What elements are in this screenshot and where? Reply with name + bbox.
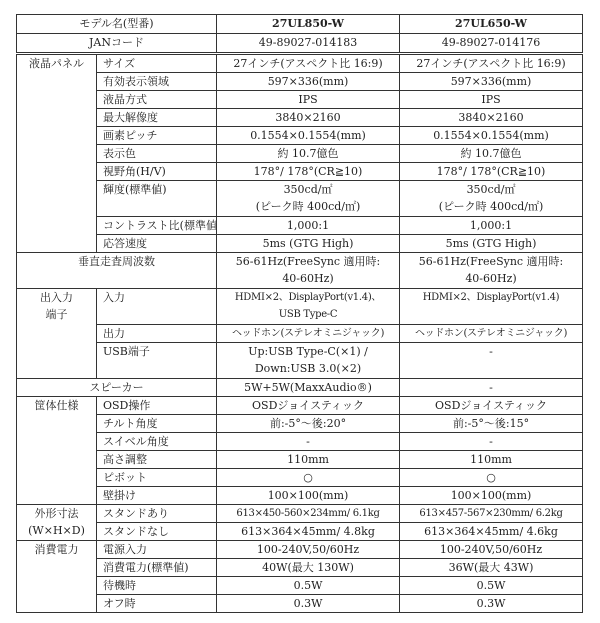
value-line: Up:USB Type-C(×1) / [223, 343, 393, 360]
row-value-2: 約 10.7億色 [400, 145, 583, 163]
value-line: 40-60Hz) [223, 270, 393, 287]
row-value-1: 40W(最大 130W) [217, 559, 400, 577]
row-value-2: HDMI×2、DisplayPort(v1.4) [400, 289, 583, 325]
header-row: モデル名(型番) 27UL850-W 27UL650-W [17, 15, 583, 34]
row-value-1: 0.1554×0.1554(mm) [217, 127, 400, 145]
row-label: 高さ調整 [97, 451, 217, 469]
refresh-label: 垂直走査周波数 [17, 253, 217, 289]
row-value-2: 613×364×45mm/ 4.6kg [400, 523, 583, 541]
row-value-1: 5W+5W(MaxxAudio®) [217, 379, 400, 397]
row-label: OSD操作 [97, 397, 217, 415]
row-value-1: 1,000:1 [217, 217, 400, 235]
table-row: 待機時 0.5W 0.5W [17, 577, 583, 595]
table-row: 壁掛け 100×100(mm) 100×100(mm) [17, 487, 583, 505]
row-value-1: 110mm [217, 451, 400, 469]
row-value-1: ○ [217, 469, 400, 487]
model-1: 27UL850-W [217, 15, 400, 34]
table-row: スイベル角度 - - [17, 433, 583, 451]
row-value-2: 3840×2160 [400, 109, 583, 127]
row-label: スタンドあり [97, 505, 217, 523]
value-line: 56-61Hz(FreeSync 適用時: [406, 253, 576, 270]
row-value-1: 613×364×45mm/ 4.8kg [217, 523, 400, 541]
table-row: 筐体仕様 OSD操作 OSDジョイスティック OSDジョイスティック [17, 397, 583, 415]
model-2: 27UL650-W [400, 15, 583, 34]
row-value-2: IPS [400, 91, 583, 109]
row-label: コントラスト比(標準値) [97, 217, 217, 235]
row-value-2: 5ms (GTG High) [400, 235, 583, 253]
row-label: 輝度(標準値) [97, 181, 217, 217]
table-row: スピーカー 5W+5W(MaxxAudio®) - [17, 379, 583, 397]
row-value-2: 350cd/㎡ (ピーク時 400cd/㎡) [400, 181, 583, 217]
value-line: USB Type-C [223, 306, 393, 323]
row-label: 視野角(H/V) [97, 163, 217, 181]
row-value-2: 0.5W [400, 577, 583, 595]
row-label: 壁掛け [97, 487, 217, 505]
table-row: 輝度(標準値) 350cd/㎡ (ピーク時 400cd/㎡) 350cd/㎡ (… [17, 181, 583, 217]
value-line: 350cd/㎡ [406, 181, 576, 198]
row-label: 液晶方式 [97, 91, 217, 109]
row-value-2: 0.3W [400, 595, 583, 613]
row-label: USB端子 [97, 343, 217, 379]
table-row: 応答速度 5ms (GTG High) 5ms (GTG High) [17, 235, 583, 253]
group-label-line: 外形寸法 [23, 505, 90, 522]
row-label: スタンドなし [97, 523, 217, 541]
value-line: Down:USB 3.0(×2) [223, 360, 393, 377]
row-value-1: 56-61Hz(FreeSync 適用時: 40-60Hz) [217, 253, 400, 289]
row-label: オフ時 [97, 595, 217, 613]
jan-value-1: 49-89027-014183 [217, 34, 400, 54]
table-row: 表示色 約 10.7億色 約 10.7億色 [17, 145, 583, 163]
row-value-2: 27インチ(アスペクト比 16:9) [400, 54, 583, 73]
row-value-2: 前:-5°～後:15° [400, 415, 583, 433]
row-value-2: ○ [400, 469, 583, 487]
table-row: 高さ調整 110mm 110mm [17, 451, 583, 469]
table-row: 画素ピッチ 0.1554×0.1554(mm) 0.1554×0.1554(mm… [17, 127, 583, 145]
spec-comparison-table: モデル名(型番) 27UL850-W 27UL650-W JANコード 49-8… [16, 14, 583, 613]
row-value-2: 100×100(mm) [400, 487, 583, 505]
row-value-1: 3840×2160 [217, 109, 400, 127]
row-value-1: ヘッドホン(ステレオミニジャック) [217, 325, 400, 343]
group-dimensions-label: 外形寸法 (W×H×D) [17, 505, 97, 541]
table-row: 出入力 端子 入力 HDMI×2、DisplayPort(v1.4)、 USB … [17, 289, 583, 325]
row-value-1: IPS [217, 91, 400, 109]
row-value-2: 597×336(mm) [400, 73, 583, 91]
row-label: 出力 [97, 325, 217, 343]
row-value-2: 56-61Hz(FreeSync 適用時: 40-60Hz) [400, 253, 583, 289]
value-line: 56-61Hz(FreeSync 適用時: [223, 253, 393, 270]
group-power-label: 消費電力 [17, 541, 97, 613]
table-row: 視野角(H/V) 178°/ 178°(CR≧10) 178°/ 178°(CR… [17, 163, 583, 181]
row-label: 表示色 [97, 145, 217, 163]
row-value-1: 前:-5°～後:20° [217, 415, 400, 433]
group-label-line: 出入力 [23, 289, 90, 306]
jan-label: JANコード [17, 34, 217, 54]
row-value-1: HDMI×2、DisplayPort(v1.4)、 USB Type-C [217, 289, 400, 325]
table-row: 消費電力 電源入力 100-240V,50/60Hz 100-240V,50/6… [17, 541, 583, 559]
value-line: (ピーク時 400cd/㎡) [406, 198, 576, 215]
row-label: 画素ピッチ [97, 127, 217, 145]
row-label: 応答速度 [97, 235, 217, 253]
row-value-1: 350cd/㎡ (ピーク時 400cd/㎡) [217, 181, 400, 217]
table-row: 消費電力(標準値) 40W(最大 130W) 36W(最大 43W) [17, 559, 583, 577]
row-value-1: 27インチ(アスペクト比 16:9) [217, 54, 400, 73]
row-value-2: - [400, 343, 583, 379]
row-label: 消費電力(標準値) [97, 559, 217, 577]
speaker-label: スピーカー [17, 379, 217, 397]
value-line: 40-60Hz) [406, 270, 576, 287]
group-panel-label: 液晶パネル [17, 54, 97, 253]
value-line: (ピーク時 400cd/㎡) [223, 198, 393, 215]
row-value-1: 100-240V,50/60Hz [217, 541, 400, 559]
table-row: 最大解像度 3840×2160 3840×2160 [17, 109, 583, 127]
table-row: 外形寸法 (W×H×D) スタンドあり 613×450-560×234mm/ 6… [17, 505, 583, 523]
table-row: 出力 ヘッドホン(ステレオミニジャック) ヘッドホン(ステレオミニジャック) [17, 325, 583, 343]
row-value-2: 110mm [400, 451, 583, 469]
row-label: 有効表示領域 [97, 73, 217, 91]
row-label: ピボット [97, 469, 217, 487]
row-value-1: OSDジョイスティック [217, 397, 400, 415]
row-value-1: 0.3W [217, 595, 400, 613]
row-value-1: 100×100(mm) [217, 487, 400, 505]
group-label-line: (W×H×D) [23, 522, 90, 539]
row-label: 入力 [97, 289, 217, 325]
value-line: 350cd/㎡ [223, 181, 393, 198]
row-label: 待機時 [97, 577, 217, 595]
table-row: 液晶パネル サイズ 27インチ(アスペクト比 16:9) 27インチ(アスペクト… [17, 54, 583, 73]
group-body-label: 筐体仕様 [17, 397, 97, 505]
row-value-1: 5ms (GTG High) [217, 235, 400, 253]
row-value-2: 0.1554×0.1554(mm) [400, 127, 583, 145]
row-value-1: 約 10.7億色 [217, 145, 400, 163]
row-value-1: Up:USB Type-C(×1) / Down:USB 3.0(×2) [217, 343, 400, 379]
table-row: 液晶方式 IPS IPS [17, 91, 583, 109]
table-row: オフ時 0.3W 0.3W [17, 595, 583, 613]
table-row: 有効表示領域 597×336(mm) 597×336(mm) [17, 73, 583, 91]
row-value-2: - [400, 433, 583, 451]
group-label-line: 端子 [23, 306, 90, 323]
table-row: 垂直走査周波数 56-61Hz(FreeSync 適用時: 40-60Hz) 5… [17, 253, 583, 289]
table-row: ピボット ○ ○ [17, 469, 583, 487]
row-value-2: 100-240V,50/60Hz [400, 541, 583, 559]
row-value-1: 0.5W [217, 577, 400, 595]
jan-value-2: 49-89027-014176 [400, 34, 583, 54]
row-value-2: ヘッドホン(ステレオミニジャック) [400, 325, 583, 343]
row-value-2: - [400, 379, 583, 397]
row-value-2: 178°/ 178°(CR≧10) [400, 163, 583, 181]
group-io-label: 出入力 端子 [17, 289, 97, 379]
row-value-1: 597×336(mm) [217, 73, 400, 91]
row-value-2: 613×457-567×230mm/ 6.2kg [400, 505, 583, 523]
row-value-2: 36W(最大 43W) [400, 559, 583, 577]
row-label: サイズ [97, 54, 217, 73]
row-label: チルト角度 [97, 415, 217, 433]
row-value-2: 1,000:1 [400, 217, 583, 235]
table-row: チルト角度 前:-5°～後:20° 前:-5°～後:15° [17, 415, 583, 433]
table-row: スタンドなし 613×364×45mm/ 4.8kg 613×364×45mm/… [17, 523, 583, 541]
row-value-1: 613×450-560×234mm/ 6.1kg [217, 505, 400, 523]
value-line: HDMI×2、DisplayPort(v1.4)、 [223, 289, 393, 306]
model-name-label: モデル名(型番) [17, 15, 217, 34]
row-label: 最大解像度 [97, 109, 217, 127]
table-row: コントラスト比(標準値) 1,000:1 1,000:1 [17, 217, 583, 235]
table-row: USB端子 Up:USB Type-C(×1) / Down:USB 3.0(×… [17, 343, 583, 379]
row-value-2: OSDジョイスティック [400, 397, 583, 415]
row-value-1: - [217, 433, 400, 451]
row-value-1: 178°/ 178°(CR≧10) [217, 163, 400, 181]
jan-row: JANコード 49-89027-014183 49-89027-014176 [17, 34, 583, 54]
row-label: スイベル角度 [97, 433, 217, 451]
row-label: 電源入力 [97, 541, 217, 559]
